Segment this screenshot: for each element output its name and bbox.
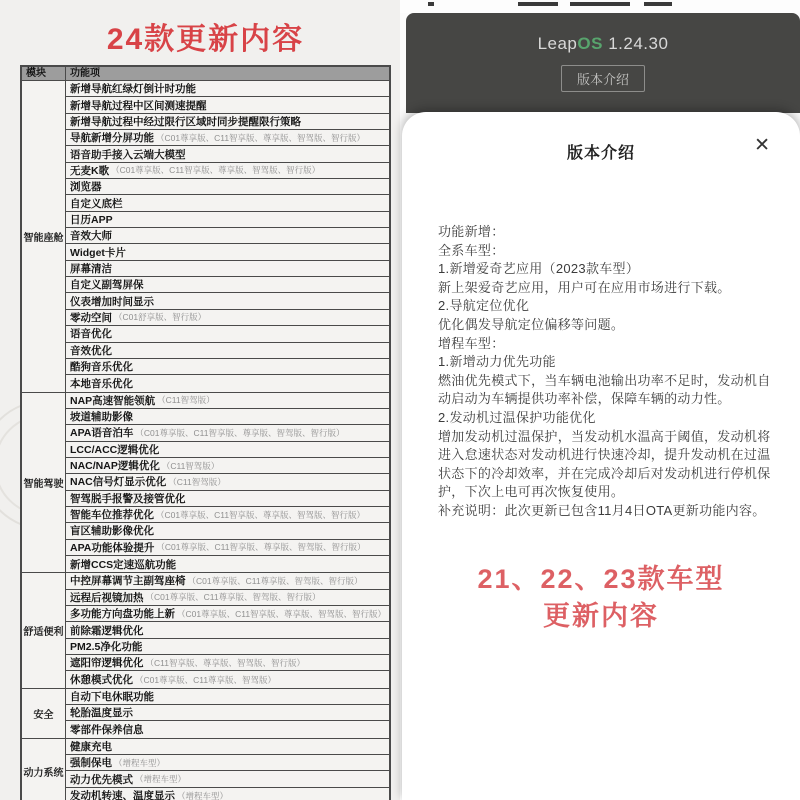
table-row: 零部件保养信息 <box>66 721 389 737</box>
feature-name: 新增导航过程中经过限行区域时同步提醒限行策略 <box>70 114 301 129</box>
feature-name: NAP高速智能领航 <box>70 393 155 408</box>
modal-paragraph: 增加发动机过温保护，当发动机水温高于阈值，发动机将进入怠速状态对发动机进行快速冷… <box>438 428 772 502</box>
feature-trim-note: （C11智驾版） <box>162 460 219 472</box>
feature-name: 休憩模式优化 <box>70 672 133 687</box>
modal-paragraph: 2.导航定位优化 <box>438 297 772 316</box>
feature-trim-note: （增程车型） <box>114 757 165 769</box>
module-group: 智能驾驶NAP高速智能领航（C11智驾版）坡道辅助影像APA语音泊车（C01尊享… <box>22 393 389 574</box>
table-row: 中控屏幕调节主副驾座椅（C01尊享版、C11尊享版、智驾版、智行版） <box>66 573 389 589</box>
feature-name: NAC/NAP逻辑优化 <box>70 458 160 473</box>
feature-trim-note: （增程车型） <box>177 790 228 800</box>
feature-name: 音效大师 <box>70 228 112 243</box>
table-row: 仪表增加时间显示 <box>66 293 389 309</box>
table-row: 本地音乐优化 <box>66 375 389 391</box>
table-row: 酷狗音乐优化 <box>66 359 389 375</box>
table-row: 语音助手接入云端大模型 <box>66 146 389 162</box>
table-row: 无麦K歌（C01尊享版、C11智享版、尊享版、智驾版、智行版） <box>66 163 389 179</box>
modal-body: 功能新增：全系车型：1.新增爱奇艺应用（2023款车型）新上架爱奇艺应用，用户可… <box>402 223 800 521</box>
feature-name: LCC/ACC逻辑优化 <box>70 442 159 457</box>
table-row: 远程后视镜加热（C01尊享版、C11尊享版、智驾版、智行版） <box>66 590 389 606</box>
table-row: APA语音泊车（C01尊享版、C11智享版、尊享版、智驾版、智行版） <box>66 425 389 441</box>
feature-trim-note: （C11智驾版） <box>157 394 214 406</box>
feature-name: 新增CCS定速巡航功能 <box>70 557 176 572</box>
feature-name: 导航新增分屏功能 <box>70 130 154 145</box>
feature-trim-note: （C01尊享版、C11智享版、尊享版、智驾版、智行版） <box>156 132 365 144</box>
table-row: LCC/ACC逻辑优化 <box>66 442 389 458</box>
table-row: 音效优化 <box>66 343 389 359</box>
table-row: NAC/NAP逻辑优化（C11智驾版） <box>66 458 389 474</box>
feature-name: 无麦K歌 <box>70 163 109 178</box>
leapos-prefix: Leap <box>538 34 578 53</box>
modal-paragraph: 功能新增： <box>438 223 772 242</box>
feature-trim-note: （C01尊享版、C11智享版、尊享版、智驾版、智行版） <box>135 427 344 439</box>
feature-trim-note: （C01尊享版、C11尊享版、智驾版） <box>135 674 276 686</box>
feature-name: 多功能方向盘功能上新 <box>70 606 175 621</box>
ota-dark-header: LeapOS 1.24.30 版本介绍 <box>406 13 800 113</box>
feature-name: APA语音泊车 <box>70 425 133 440</box>
feature-name: PM2.5净化功能 <box>70 639 142 654</box>
feature-name: 自动下电休眠功能 <box>70 689 154 704</box>
feature-name: 健康充电 <box>70 739 112 754</box>
modal-paragraph: 1.新增动力优先功能 <box>438 353 772 372</box>
feature-name: 本地音乐优化 <box>70 376 133 391</box>
modal-paragraph: 增程车型： <box>438 335 772 354</box>
update-table: 模块 功能项 智能座舱新增导航红绿灯倒计时功能新增导航过程中区间测速提醒新增导航… <box>20 65 391 800</box>
table-row: 语音优化 <box>66 326 389 342</box>
feature-trim-note: （C01尊享版、C11智享版、尊享版、智驾版、智行版） <box>156 541 365 553</box>
left-panel-title: 24款更新内容 <box>20 14 391 58</box>
modal-paragraph: 1.新增爱奇艺应用（2023款车型） <box>438 260 772 279</box>
feature-name: 远程后视镜加热 <box>70 590 144 605</box>
close-icon[interactable]: ✕ <box>754 136 770 155</box>
table-row: 新增CCS定速巡航功能 <box>66 556 389 572</box>
version-intro-modal: 版本介绍 ✕ 功能新增：全系车型：1.新增爱奇艺应用（2023款车型）新上架爱奇… <box>402 112 800 800</box>
table-row: 零动空间（C01舒享版、智行版） <box>66 310 389 326</box>
feature-name: 新增导航红绿灯倒计时功能 <box>70 81 196 96</box>
table-row: Widget卡片 <box>66 244 389 260</box>
feature-name: 语音优化 <box>70 326 112 341</box>
feature-trim-note: （C01尊享版、C11智享版、尊享版、智驾版、智行版） <box>156 509 365 521</box>
table-row: 健康充电 <box>66 739 389 755</box>
table-row: NAP高速智能领航（C11智驾版） <box>66 393 389 409</box>
modal-paragraph: 补充说明：此次更新已包含11月4日OTA更新功能内容。 <box>438 502 772 521</box>
module-label: 智能驾驶 <box>22 393 66 573</box>
feature-name: 音效优化 <box>70 343 112 358</box>
module-label: 安全 <box>22 689 66 738</box>
feature-name: 自定义副驾屏保 <box>70 277 144 292</box>
leapos-suffix: OS <box>577 34 603 53</box>
modal-paragraph: 新上架爱奇艺应用，用户可在应用市场进行下载。 <box>438 279 772 298</box>
feature-trim-note: （C01尊享版、C11尊享版、智驾版、智行版） <box>146 591 321 603</box>
modal-paragraph: 燃油优先模式下，当车辆电池输出功率不足时，发动机自动启动为车辆提供功率补偿，保障… <box>438 372 772 409</box>
footer-line-2: 更新内容 <box>402 598 800 635</box>
feature-name: 遮阳帘逻辑优化 <box>70 655 144 670</box>
feature-trim-note: （C11智驾版） <box>168 476 225 488</box>
table-row: 屏幕清洁 <box>66 261 389 277</box>
statusbar-partial <box>400 0 800 13</box>
module-group: 动力系统健康充电强制保电（增程车型）动力优先模式（增程车型）发动机转速、温度显示… <box>22 739 389 800</box>
modal-header: 版本介绍 ✕ <box>402 112 800 163</box>
feature-trim-note: （C01尊享版、C11智享版、尊享版、智驾版、智行版） <box>177 608 386 620</box>
table-row: 坡道辅助影像 <box>66 409 389 425</box>
table-row: 动力优先模式（增程车型） <box>66 771 389 787</box>
feature-name: 发动机转速、温度显示 <box>70 788 175 800</box>
feature-name: 轮胎温度显示 <box>70 705 133 720</box>
feature-trim-note: （C11智享版、尊享版、智驾版、智行版） <box>146 657 305 669</box>
module-label: 动力系统 <box>22 739 66 800</box>
modal-title: 版本介绍 <box>567 145 635 162</box>
table-row: 智驾脱手报警及接管优化 <box>66 491 389 507</box>
table-row: 导航新增分屏功能（C01尊享版、C11智享版、尊享版、智驾版、智行版） <box>66 130 389 146</box>
module-group: 舒适便利中控屏幕调节主副驾座椅（C01尊享版、C11尊享版、智驾版、智行版）远程… <box>22 573 389 688</box>
feature-name: 浏览器 <box>70 179 102 194</box>
modal-footer-note: 21、22、23款车型 更新内容 <box>402 561 800 635</box>
feature-name: 自定义底栏 <box>70 196 123 211</box>
footer-line-1: 21、22、23款车型 <box>402 561 800 598</box>
table-row: NAC信号灯显示优化（C11智驾版） <box>66 474 389 490</box>
table-row: 盲区辅助影像优化 <box>66 523 389 539</box>
table-header: 模块 功能项 <box>22 67 389 81</box>
version-intro-button[interactable]: 版本介绍 <box>561 65 645 92</box>
table-row: 自定义副驾屏保 <box>66 277 389 293</box>
feature-trim-note: （C01尊享版、C11尊享版、智驾版、智行版） <box>188 575 363 587</box>
feature-name: 中控屏幕调节主副驾座椅 <box>70 573 186 588</box>
table-header-module: 模块 <box>22 67 66 80</box>
feature-name: 动力优先模式 <box>70 772 133 787</box>
feature-name: NAC信号灯显示优化 <box>70 474 166 489</box>
table-row: 多功能方向盘功能上新（C01尊享版、C11智享版、尊享版、智驾版、智行版） <box>66 606 389 622</box>
feature-name: 新增导航过程中区间测速提醒 <box>70 98 207 113</box>
table-row: PM2.5净化功能 <box>66 639 389 655</box>
table-row: 新增导航红绿灯倒计时功能 <box>66 81 389 97</box>
table-row: 自定义底栏 <box>66 195 389 211</box>
table-row: 浏览器 <box>66 179 389 195</box>
table-row: APA功能体验提升（C01尊享版、C11智享版、尊享版、智驾版、智行版） <box>66 540 389 556</box>
module-label: 舒适便利 <box>22 573 66 687</box>
feature-name: 仪表增加时间显示 <box>70 294 154 309</box>
table-header-feature: 功能项 <box>66 67 100 80</box>
leapos-version-text: LeapOS 1.24.30 <box>538 34 669 54</box>
module-label: 智能座舱 <box>22 81 66 392</box>
modal-paragraph: 2.发动机过温保护功能优化 <box>438 409 772 428</box>
feature-name: 智能车位推荐优化 <box>70 507 154 522</box>
feature-name: 语音助手接入云端大模型 <box>70 147 186 162</box>
feature-name: 零部件保养信息 <box>70 722 144 737</box>
feature-name: 智驾脱手报警及接管优化 <box>70 491 186 506</box>
table-row: 新增导航过程中经过限行区域时同步提醒限行策略 <box>66 114 389 130</box>
update-table-groups: 智能座舱新增导航红绿灯倒计时功能新增导航过程中区间测速提醒新增导航过程中经过限行… <box>22 81 389 800</box>
feature-name: 酷狗音乐优化 <box>70 359 133 374</box>
feature-trim-note: （增程车型） <box>135 773 186 785</box>
feature-name: Widget卡片 <box>70 245 126 260</box>
feature-name: 坡道辅助影像 <box>70 409 133 424</box>
feature-name: APA功能体验提升 <box>70 540 154 555</box>
modal-paragraph: 优化偶发导航定位偏移等问题。 <box>438 316 772 335</box>
leapos-version-number: 1.24.30 <box>608 34 668 53</box>
feature-name: 日历APP <box>70 212 113 227</box>
feature-trim-note: （C01尊享版、C11智享版、尊享版、智驾版、智行版） <box>111 164 320 176</box>
feature-name: 盲区辅助影像优化 <box>70 523 154 538</box>
table-row: 日历APP <box>66 212 389 228</box>
right-panel: LeapOS 1.24.30 版本介绍 版本介绍 ✕ 功能新增：全系车型：1.新… <box>400 0 800 800</box>
module-group: 智能座舱新增导航红绿灯倒计时功能新增导航过程中区间测速提醒新增导航过程中经过限行… <box>22 81 389 393</box>
feature-trim-note: （C01舒享版、智行版） <box>114 311 206 323</box>
table-row: 智能车位推荐优化（C01尊享版、C11智享版、尊享版、智驾版、智行版） <box>66 507 389 523</box>
feature-name: 前除霜逻辑优化 <box>70 623 144 638</box>
table-row: 自动下电休眠功能 <box>66 689 389 705</box>
table-row: 前除霜逻辑优化 <box>66 622 389 638</box>
module-group: 安全自动下电休眠功能轮胎温度显示零部件保养信息 <box>22 689 389 739</box>
feature-name: 屏幕清洁 <box>70 261 112 276</box>
table-row: 音效大师 <box>66 228 389 244</box>
table-row: 新增导航过程中区间测速提醒 <box>66 97 389 113</box>
table-row: 休憩模式优化（C01尊享版、C11尊享版、智驾版） <box>66 671 389 687</box>
table-row: 轮胎温度显示 <box>66 705 389 721</box>
left-panel: 24款更新内容 模块 功能项 智能座舱新增导航红绿灯倒计时功能新增导航过程中区间… <box>0 0 400 800</box>
feature-name: 强制保电 <box>70 755 112 770</box>
table-row: 遮阳帘逻辑优化（C11智享版、尊享版、智驾版、智行版） <box>66 655 389 671</box>
table-row: 发动机转速、温度显示（增程车型） <box>66 788 389 800</box>
table-row: 强制保电（增程车型） <box>66 755 389 771</box>
feature-name: 零动空间 <box>70 310 112 325</box>
modal-paragraph: 全系车型： <box>438 242 772 261</box>
